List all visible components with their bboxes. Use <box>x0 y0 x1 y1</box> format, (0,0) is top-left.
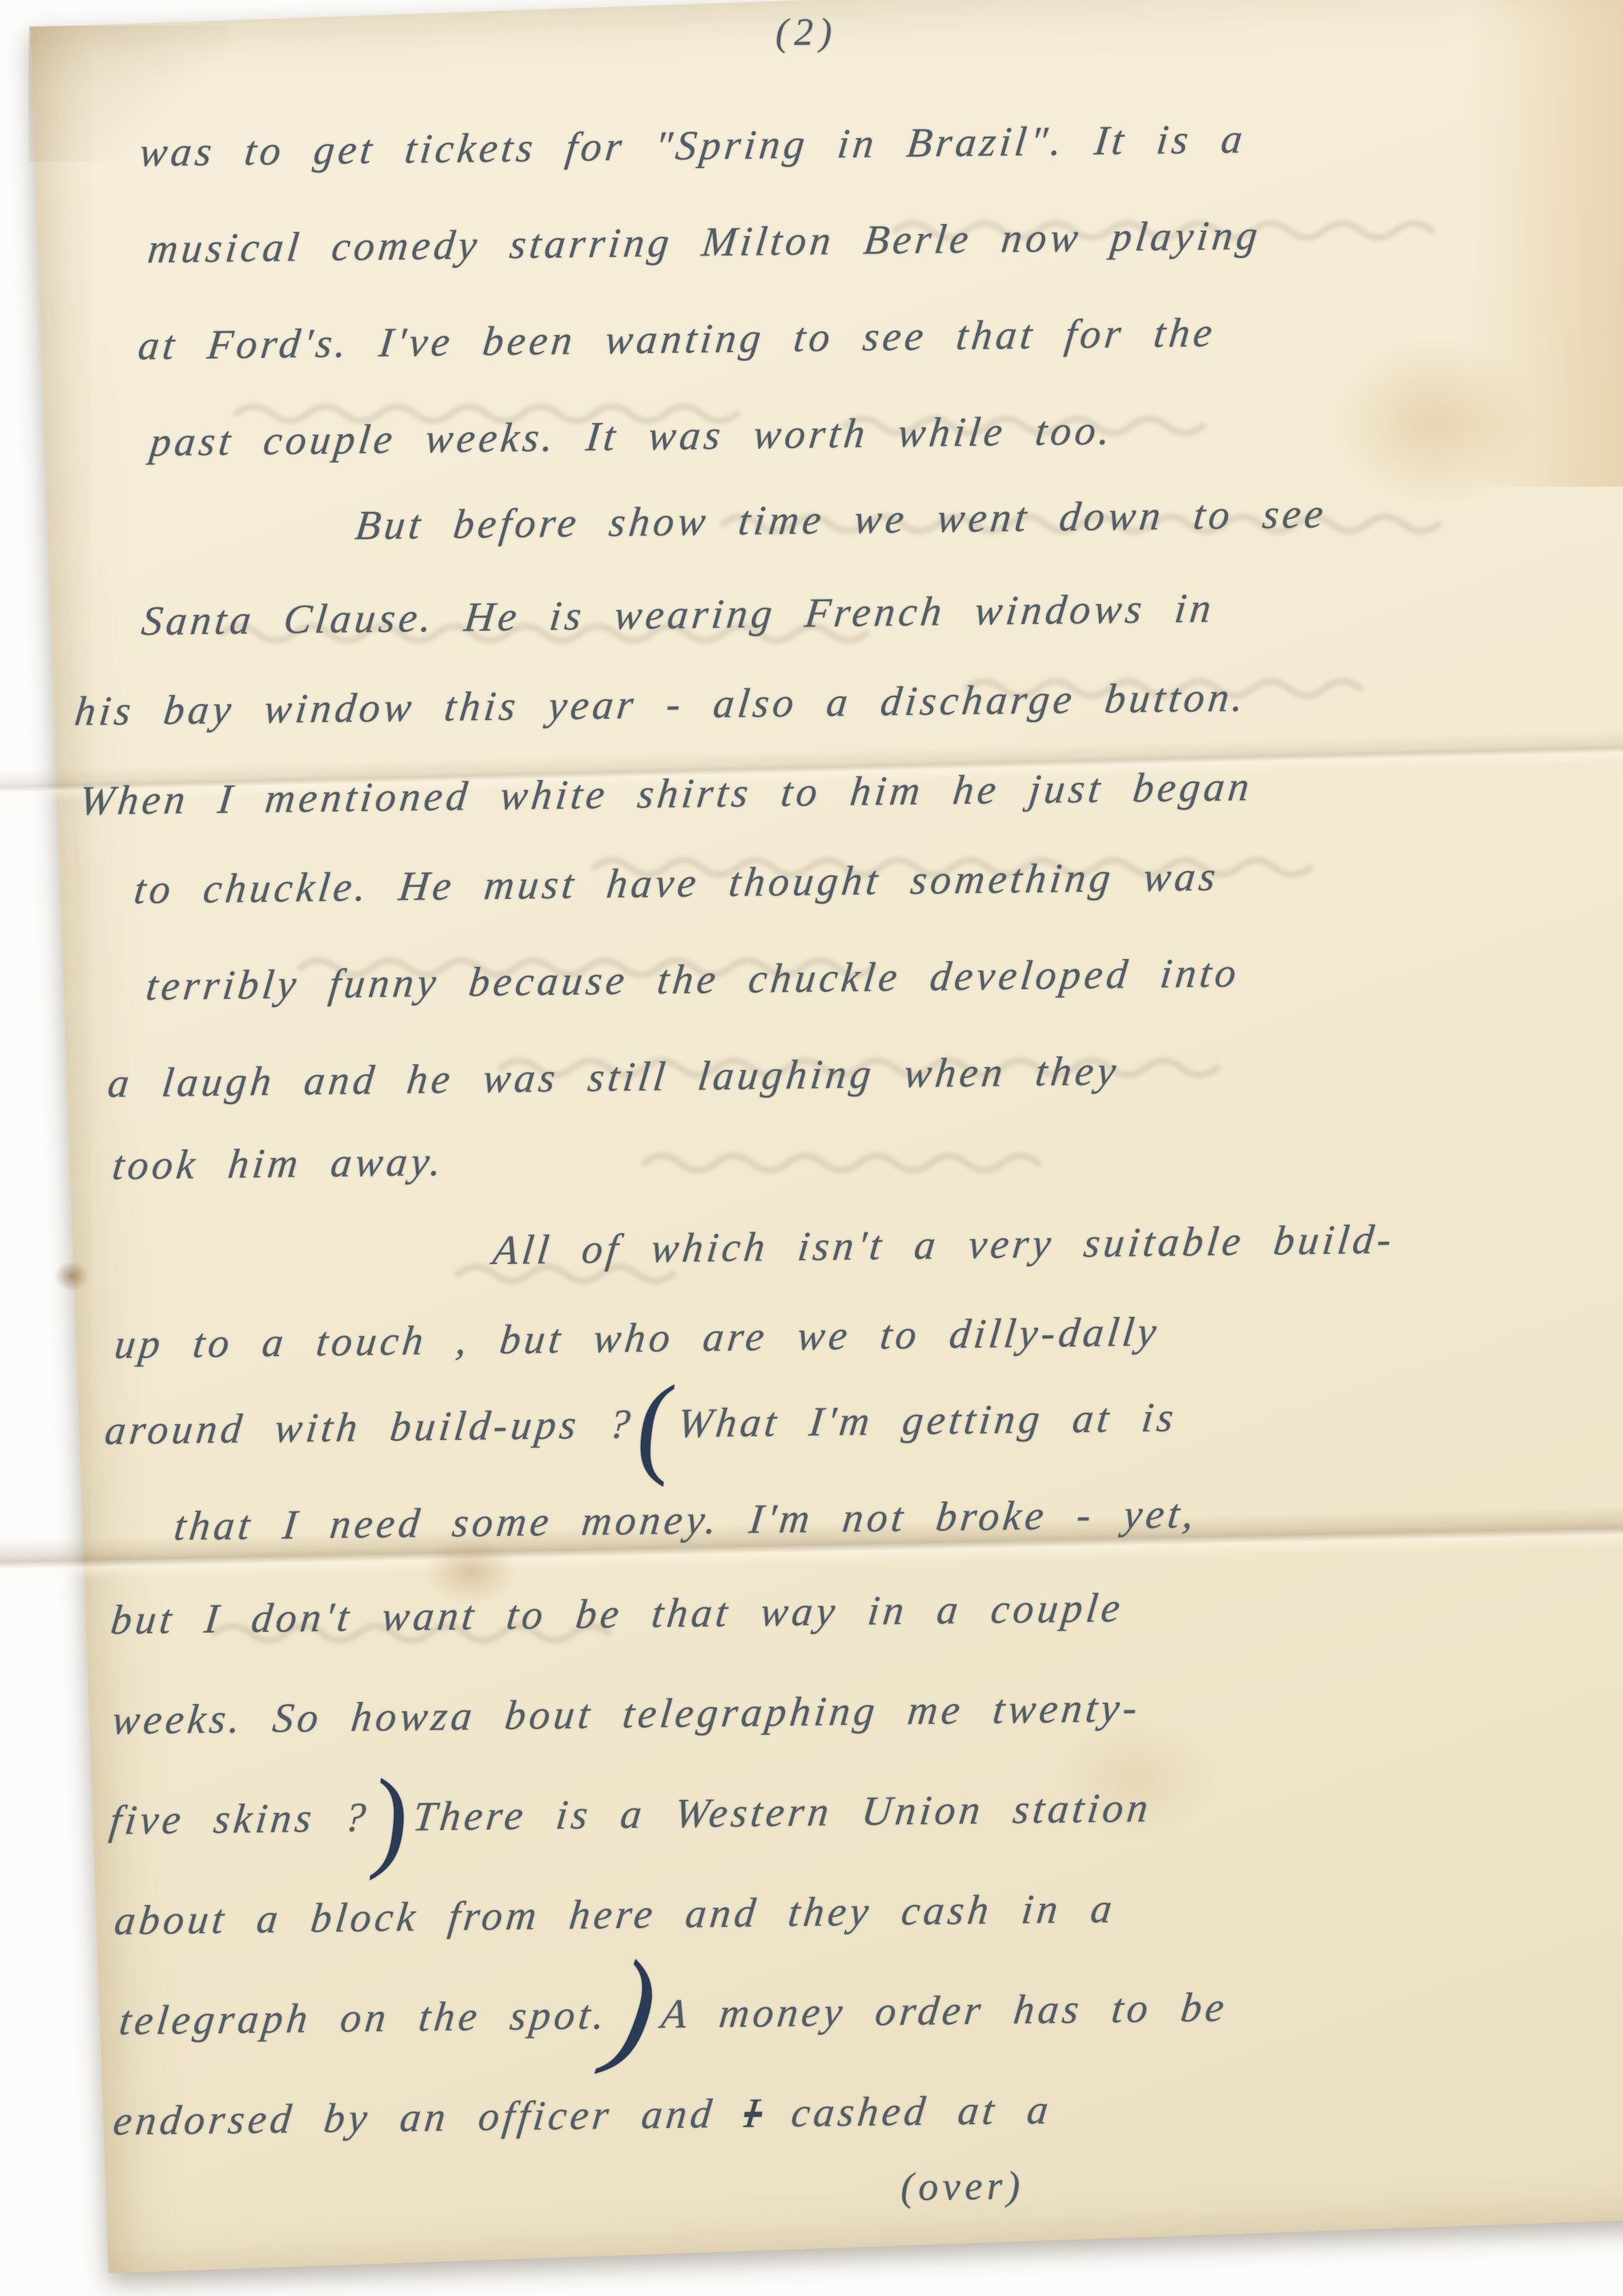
letter-line: telegraph on the spot.)A money order has… <box>115 1983 1231 2063</box>
over-note: (over) <box>900 2163 1024 2210</box>
letter-text: telegraph on the spot. <box>117 1991 611 2043</box>
letter-text: five skins ? <box>107 1794 372 1844</box>
letter-text: When I mentioned white shirts to him he … <box>77 763 1256 824</box>
dark-ink-bracket: ) <box>610 2002 661 2014</box>
letter-text: cashed at a <box>760 2086 1055 2136</box>
letter-text: terribly funny because the chuckle devel… <box>144 949 1242 1009</box>
letter-line: weeks. So howza bout telegraphing me twe… <box>108 1683 1143 1762</box>
letter-line: terribly funny because the chuckle devel… <box>142 948 1242 1028</box>
letter-text: up to a touch , but who are we to dilly-… <box>112 1308 1162 1368</box>
letter-text: to chuckle. He must have thought somethi… <box>132 853 1221 913</box>
letter-text: musical comedy starring Milton Berle now… <box>145 212 1263 272</box>
letter-text: a laugh and he was still laughing when t… <box>106 1047 1122 1106</box>
letter-line: past couple weeks. It was worth while to… <box>146 406 1116 484</box>
letter-line: about a block from here and they cash in… <box>110 1884 1118 1962</box>
page-number: (2) <box>775 9 838 54</box>
letter-text: There is a Western Union station <box>411 1784 1154 1840</box>
letter-line: took him away. <box>108 1137 447 1207</box>
letter-line: but I don't want to be that way in a cou… <box>107 1583 1126 1661</box>
letter-text: endorsed by an officer and <box>111 2090 747 2144</box>
letter-line: his bay window this year - also a discha… <box>70 673 1249 753</box>
letter-text: around with build-ups ? <box>102 1401 636 1454</box>
letter-text: was to get tickets for "Spring in Brazil… <box>137 115 1249 175</box>
letter-text: but I don't want to be that way in a cou… <box>109 1584 1126 1643</box>
letter-text: took him away. <box>110 1138 447 1189</box>
dark-ink-parenthesis: ( <box>634 1425 678 1426</box>
letter-text: What I'm getting at is <box>675 1393 1179 1446</box>
letter-text: weeks. So howza bout telegraphing me twe… <box>110 1684 1143 1743</box>
letter-line: at Ford's. I've been wanting to see that… <box>134 308 1219 388</box>
letter-text: that I need some money. I'm not broke - … <box>172 1490 1200 1550</box>
letter-text: at Ford's. I've been wanting to see that… <box>136 309 1219 369</box>
scan-background: (2) was to get tickets for "Spring in Br… <box>0 0 1623 2296</box>
letter-text: All of which isn't a very suitable build… <box>490 1216 1397 1273</box>
letter-text-layer: (2) was to get tickets for "Spring in Br… <box>0 0 1623 2296</box>
letter-line: that I need some money. I'm not broke - … <box>170 1489 1200 1568</box>
letter-text: But before show time we went down to see <box>353 490 1329 549</box>
letter-line: endorsed by an officer and I cashed at a <box>109 2086 1054 2163</box>
letter-line: was to get tickets for "Spring in Brazil… <box>135 115 1249 194</box>
letter-line: musical comedy starring Milton Berle now… <box>143 211 1263 291</box>
letter-line: Santa Clause. He is wearing French windo… <box>137 584 1217 663</box>
letter-line: When I mentioned white shirts to him he … <box>75 762 1256 842</box>
letter-text: his bay window this year - also a discha… <box>72 673 1249 734</box>
letter-body: was to get tickets for "Spring in Brazil… <box>0 0 1609 1</box>
letter-line: But before show time we went down to see <box>351 490 1329 568</box>
letter-line: five skins ?)There is a Western Union st… <box>105 1784 1154 1862</box>
letter-text: about a block from here and they cash in… <box>112 1884 1118 1943</box>
letter-line: up to a touch , but who are we to dilly-… <box>110 1308 1162 1386</box>
letter-line: All of which isn't a very suitable build… <box>489 1215 1397 1293</box>
letter-text: past couple weeks. It was worth while to… <box>148 407 1116 465</box>
letter-line: around with build-ups ?(What I'm getting… <box>101 1393 1180 1472</box>
letter-line: a laugh and he was still laughing when t… <box>104 1046 1122 1124</box>
letter-text: A money order has to be <box>659 1984 1231 2038</box>
letter-line: to chuckle. He must have thought somethi… <box>130 852 1221 932</box>
letter-text: Santa Clause. He is wearing French windo… <box>140 585 1217 644</box>
dark-ink-parenthesis: ) <box>369 1818 413 1819</box>
